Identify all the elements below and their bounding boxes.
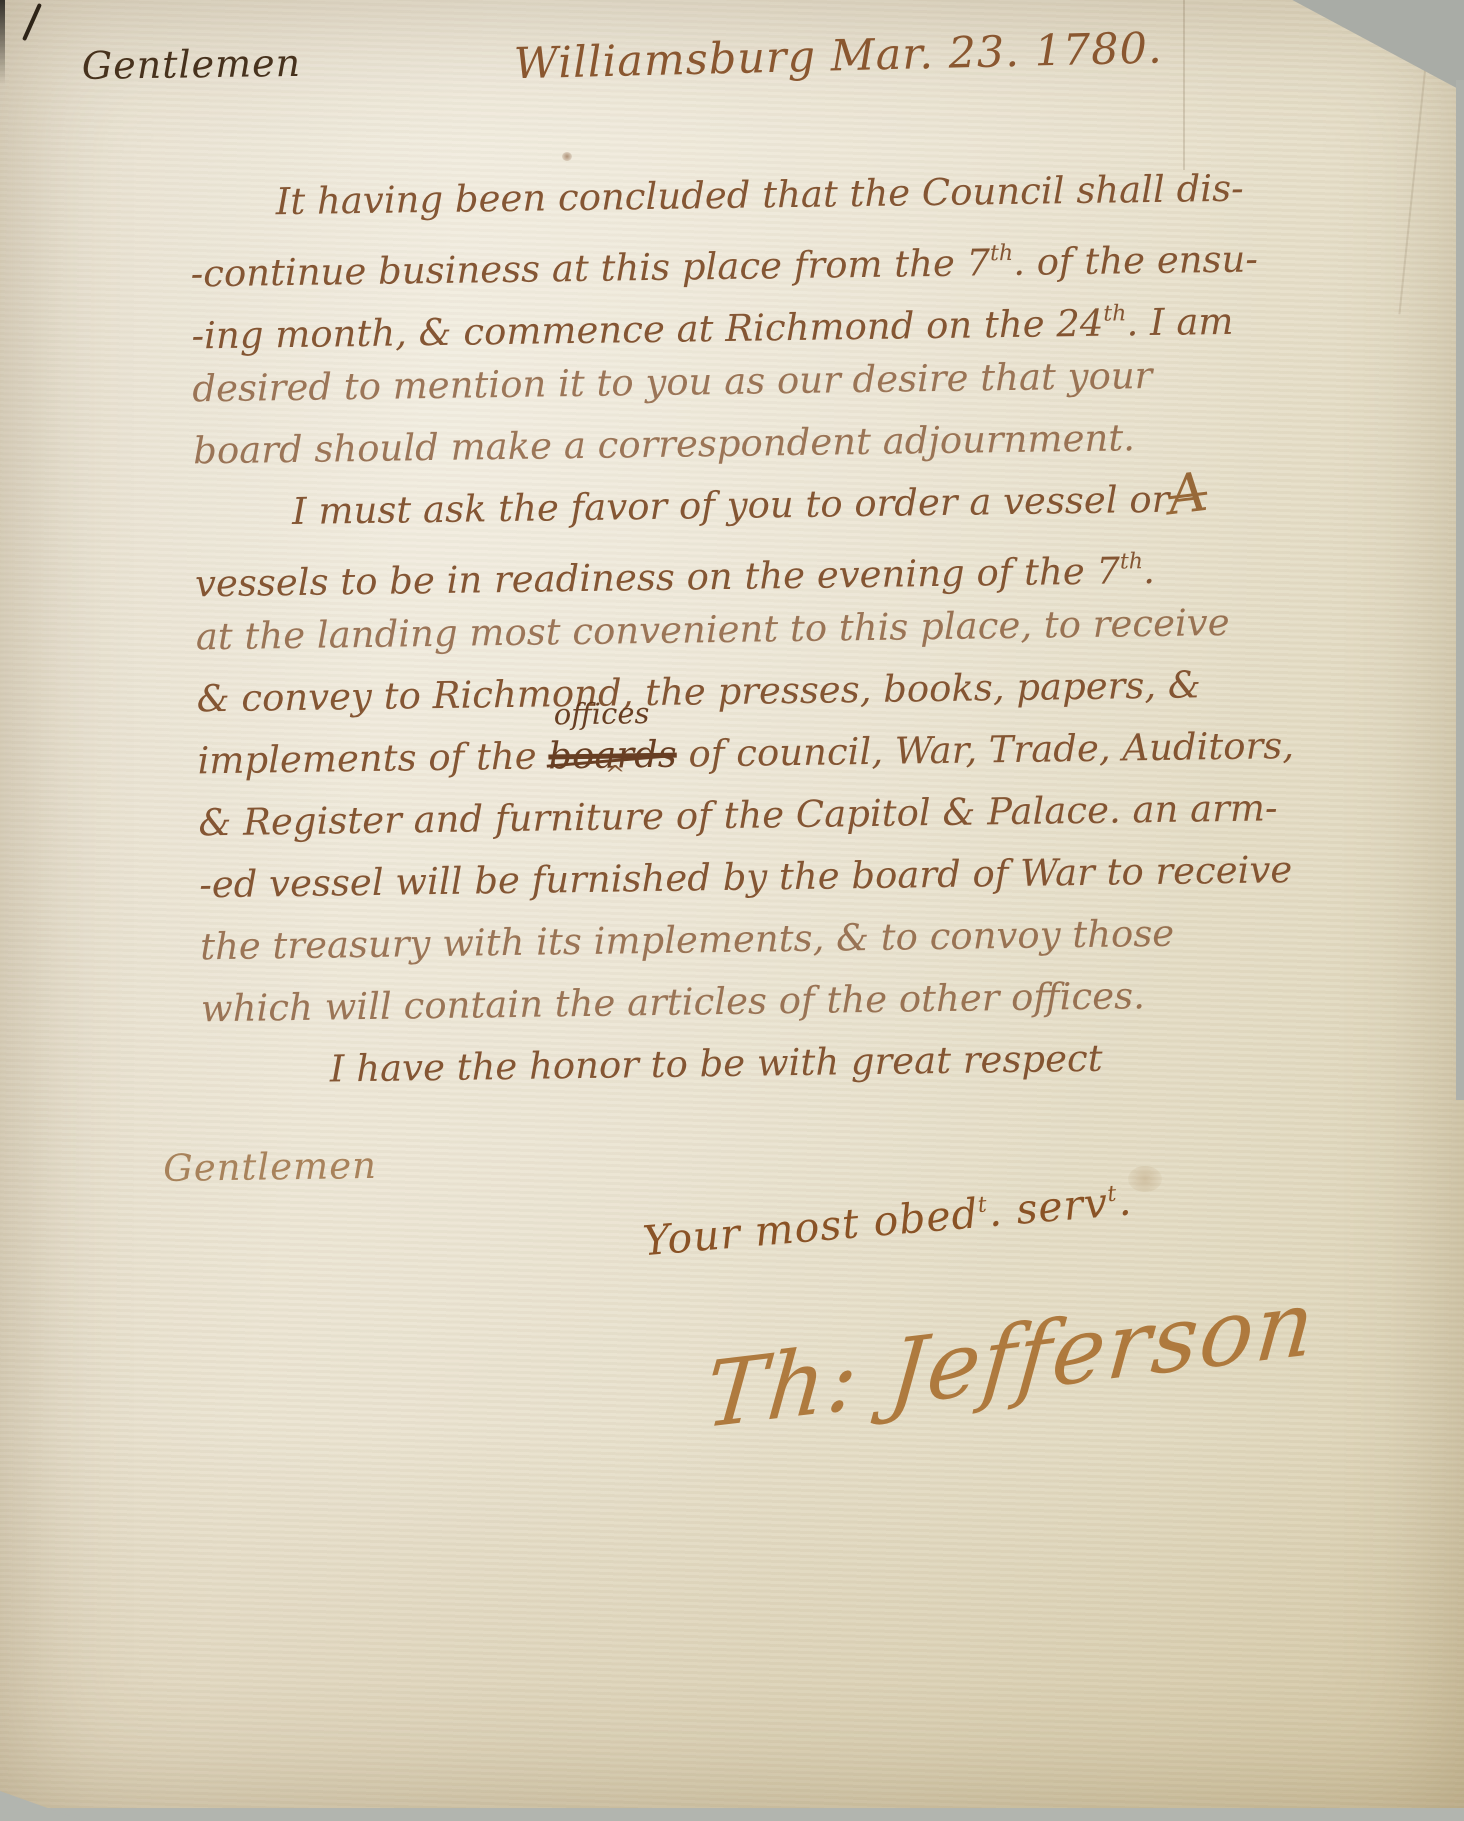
line-text: . of the ensu- (1013, 238, 1258, 284)
line-text: . I am (1126, 300, 1234, 344)
letter-body: It having been concluded that the Counci… (189, 157, 1292, 1102)
salutation: Gentlemen (82, 41, 302, 88)
valediction-line: Your most obedt. servt. (641, 1176, 1134, 1265)
insertion-scribble-mark: A (1164, 460, 1210, 527)
place-date-line: Williamsburg Mar. 23. 1780. (513, 23, 1163, 89)
scan-edge-bottom (0, 1808, 1464, 1821)
valediction-text: . (1116, 1176, 1134, 1225)
valediction-text: Your most obed (641, 1189, 981, 1265)
superscript: th (990, 241, 1013, 266)
line-text: implements of the (197, 734, 548, 782)
inserted-word: offices (554, 699, 650, 728)
line-text: . (1143, 549, 1155, 592)
superscript: th (1103, 301, 1126, 326)
closing-salutation: Gentlemen (163, 1144, 377, 1190)
superscript: th (1120, 549, 1143, 574)
scan-edge-right (1456, 80, 1464, 1100)
caret-mark: ^ (605, 764, 625, 784)
signature: Th: Jefferson (701, 1270, 1320, 1450)
valediction-text: . serv (986, 1178, 1110, 1236)
letter-content: Gentlemen Williamsburg Mar. 23. 1780. It… (0, 0, 1464, 1821)
line-text: of council, War, Trade, Auditors, (676, 724, 1294, 776)
edited-word-group: officesboards^ (548, 724, 677, 788)
letter-page: Gentlemen Williamsburg Mar. 23. 1780. It… (0, 0, 1464, 1821)
